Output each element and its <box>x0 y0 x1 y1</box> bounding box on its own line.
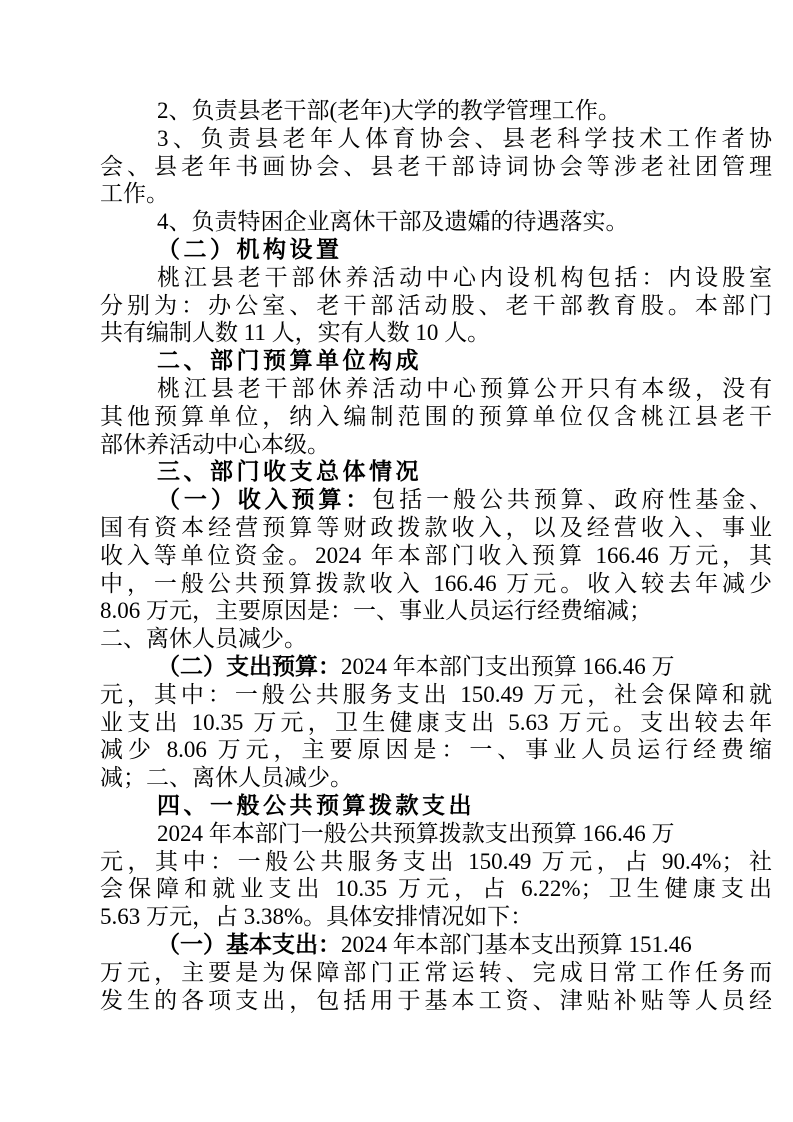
text-line: 中，一般公共预算拨款收入 166.46 万元。收入较去年减少 <box>100 570 772 598</box>
text-run: 二、离休人员减少。 <box>100 626 307 651</box>
document-page: 2、负责县老干部(老年)大学的教学管理工作。3、负责县老年人体育协会、县老科学技… <box>0 0 793 1122</box>
document-body: 2、负责县老干部(老年)大学的教学管理工作。3、负责县老年人体育协会、县老科学技… <box>100 97 772 1014</box>
text-line: 元，其中：一般公共服务支出 150.49 万元，社会保障和就 <box>100 681 772 709</box>
text-run: 发生的各项支出，包括用于基本工资、津贴补贴等人员经 <box>100 988 772 1013</box>
bold-text-run: （一）基本支出： <box>157 931 341 957</box>
bold-text-run: （二）机构设置 <box>157 236 343 262</box>
text-line: 万元，主要是为保障部门正常运转、完成日常工作任务而 <box>100 959 772 987</box>
text-run: 2024 年本部门基本支出预算 151.46 <box>341 932 692 957</box>
text-line: 业支出 10.35 万元，卫生健康支出 5.63 万元。支出较去年 <box>100 709 772 737</box>
text-run: 3、负责县老年人体育协会、县老科学技术工作者协 <box>157 126 772 151</box>
bold-text-run: （一）收入预算： <box>157 486 372 512</box>
text-line: 国有资本经营预算等财政拨款收入，以及经营收入、事业 <box>100 514 772 542</box>
bold-text-run: 二、部门预算单位构成 <box>157 347 422 373</box>
text-run: 部休养活动中心本级。 <box>100 432 330 457</box>
text-line: 元，其中：一般公共服务支出 150.49 万元，占 90.4%；社 <box>100 848 772 876</box>
text-run: 元，其中：一般公共服务支出 150.49 万元，占 90.4%；社 <box>100 849 772 874</box>
text-run: 元，其中：一般公共服务支出 150.49 万元，社会保障和就 <box>100 682 772 707</box>
text-run: 2024 年本部门支出预算 166.46 万 <box>341 654 675 679</box>
text-line: 3、负责县老年人体育协会、县老科学技术工作者协 <box>100 125 772 153</box>
text-line: 收入等单位资金。2024 年本部门收入预算 166.46 万元，其 <box>100 542 772 570</box>
text-line: 发生的各项支出，包括用于基本工资、津贴补贴等人员经 <box>100 987 772 1015</box>
text-line: 2、负责县老干部(老年)大学的教学管理工作。 <box>100 97 772 125</box>
text-line: 4、负责特困企业离休干部及遗孀的待遇落实。 <box>100 208 772 236</box>
section-heading: （二）机构设置 <box>100 236 772 264</box>
text-line: 桃江县老干部休养活动中心内设机构包括：内设股室 <box>100 264 772 292</box>
text-line: 减；二、离休人员减少。 <box>100 764 772 792</box>
text-run: 工作。 <box>100 181 169 206</box>
text-line: 会、县老年书画协会、县老干部诗词协会等涉老社团管理 <box>100 153 772 181</box>
text-line: 二、离休人员减少。 <box>100 625 772 653</box>
bold-text-run: 三、部门收支总体情况 <box>157 458 422 484</box>
text-run: 5.63 万元，占 3.38%。具体安排情况如下： <box>100 904 533 929</box>
section-heading: 四、一般公共预算拨款支出 <box>100 792 772 820</box>
text-line: （二）支出预算：2024 年本部门支出预算 166.46 万 <box>100 653 772 681</box>
text-run: 会保障和就业支出 10.35 万元，占 6.22%；卫生健康支出 <box>100 876 772 901</box>
text-run: 国有资本经营预算等财政拨款收入，以及经营收入、事业 <box>100 515 772 540</box>
text-run: 桃江县老干部休养活动中心预算公开只有本级，没有 <box>157 376 772 401</box>
text-line: 共有编制人数 11 人，实有人数 10 人。 <box>100 319 772 347</box>
text-run: 收入等单位资金。2024 年本部门收入预算 166.46 万元，其 <box>100 543 772 568</box>
text-line: 5.63 万元，占 3.38%。具体安排情况如下： <box>100 903 772 931</box>
text-line: 会保障和就业支出 10.35 万元，占 6.22%；卫生健康支出 <box>100 875 772 903</box>
text-line: 部休养活动中心本级。 <box>100 431 772 459</box>
bold-text-run: 四、一般公共预算拨款支出 <box>157 792 475 818</box>
text-run: 万元，主要是为保障部门正常运转、完成日常工作任务而 <box>100 960 772 985</box>
text-line: （一）基本支出：2024 年本部门基本支出预算 151.46 <box>100 931 772 959</box>
text-line: 桃江县老干部休养活动中心预算公开只有本级，没有 <box>100 375 772 403</box>
text-run: 2024 年本部门一般公共预算拨款支出预算 166.46 万 <box>157 821 675 846</box>
text-line: 其他预算单位，纳入编制范围的预算单位仅含桃江县老干 <box>100 403 772 431</box>
text-run: 2、负责县老干部(老年)大学的教学管理工作。 <box>157 98 621 123</box>
text-run: 中，一般公共预算拨款收入 166.46 万元。收入较去年减少 <box>100 571 772 596</box>
text-run: 其他预算单位，纳入编制范围的预算单位仅含桃江县老干 <box>100 404 772 429</box>
text-run: 8.06 万元，主要原因是：一、事业人员运行经费缩减； <box>100 598 652 623</box>
section-heading: 三、部门收支总体情况 <box>100 458 772 486</box>
text-line: 工作。 <box>100 180 772 208</box>
text-run: 4、负责特困企业离休干部及遗孀的待遇落实。 <box>157 209 629 234</box>
text-line: （一）收入预算：包括一般公共预算、政府性基金、 <box>100 486 772 514</box>
section-heading: 二、部门预算单位构成 <box>100 347 772 375</box>
text-run: 共有编制人数 11 人，实有人数 10 人。 <box>100 320 490 345</box>
text-line: 8.06 万元，主要原因是：一、事业人员运行经费缩减； <box>100 597 772 625</box>
text-line: 减少 8.06 万元，主要原因是：一、事业人员运行经费缩 <box>100 736 772 764</box>
text-line: 分别为：办公室、老干部活动股、老干部教育股。本部门 <box>100 292 772 320</box>
text-run: 包括一般公共预算、政府性基金、 <box>372 487 772 512</box>
bold-text-run: （二）支出预算： <box>157 653 341 679</box>
text-line: 2024 年本部门一般公共预算拨款支出预算 166.46 万 <box>100 820 772 848</box>
text-run: 业支出 10.35 万元，卫生健康支出 5.63 万元。支出较去年 <box>100 710 772 735</box>
text-run: 分别为：办公室、老干部活动股、老干部教育股。本部门 <box>100 293 772 318</box>
text-run: 减少 8.06 万元，主要原因是：一、事业人员运行经费缩 <box>100 737 772 762</box>
text-run: 减；二、离休人员减少。 <box>100 765 353 790</box>
text-run: 桃江县老干部休养活动中心内设机构包括：内设股室 <box>157 265 772 290</box>
text-run: 会、县老年书画协会、县老干部诗词协会等涉老社团管理 <box>100 154 772 179</box>
